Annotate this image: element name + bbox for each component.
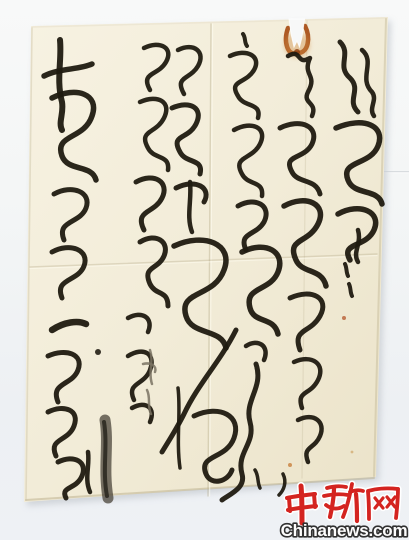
paper-spot [95, 349, 101, 355]
brush-stroke [349, 284, 352, 296]
brush-stroke [150, 350, 152, 384]
brush-stroke [345, 264, 348, 276]
brush-stroke [324, 494, 348, 496]
news-photo-of-calligraphy-letter: Chinanews.com [0, 0, 409, 540]
paper-spot [351, 451, 354, 454]
brush-stroke [396, 489, 398, 518]
brush-stroke [189, 182, 192, 232]
brush-stroke [356, 494, 357, 521]
paper-spot [342, 316, 346, 320]
brush-stroke [178, 388, 180, 468]
brush-stroke [289, 498, 290, 511]
paper-spot [288, 463, 292, 467]
brush-stroke [104, 422, 107, 496]
brush-stroke [87, 452, 90, 492]
letter-paper [24, 17, 388, 502]
brush-stroke [350, 490, 363, 492]
brush-stroke [59, 40, 62, 130]
brush-stroke [314, 494, 315, 507]
photo-scene: Chinanews.com [0, 0, 409, 540]
watermark-url: Chinanews.com [281, 521, 408, 540]
brush-stroke [368, 492, 369, 519]
brush-stroke [327, 486, 346, 488]
brush-stroke [301, 486, 302, 523]
